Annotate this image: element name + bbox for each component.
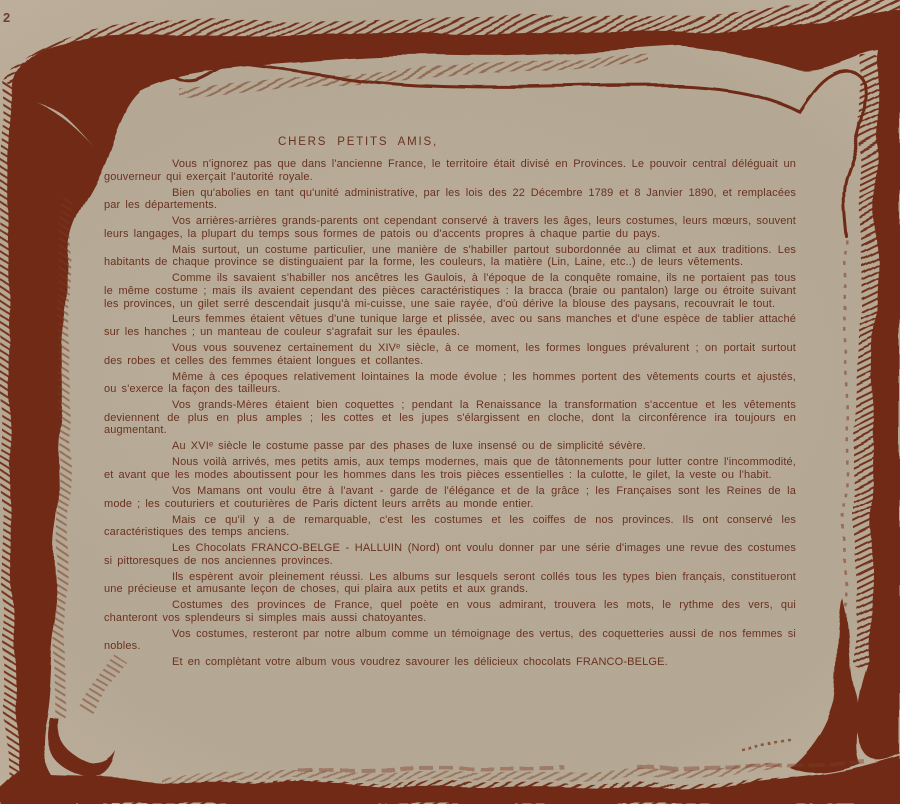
- page-number: 2: [3, 10, 10, 25]
- letter-paragraph: Même à ces époques relativement lointain…: [104, 371, 796, 396]
- letter-paragraph: Leurs femmes étaient vêtues d'une tuniqu…: [104, 313, 796, 338]
- letter-paragraph: Vous n'ignorez pas que dans l'ancienne F…: [104, 158, 796, 183]
- letter-paragraph: Les Chocolats FRANCO-BELGE - HALLUIN (No…: [104, 542, 796, 567]
- letter-paragraph: Ils espèrent avoir pleinement réussi. Le…: [104, 571, 796, 596]
- letter-paragraph: Bien qu'abolies en tant qu'unité adminis…: [104, 187, 796, 212]
- letter-paragraph: Mais surtout, un costume particulier, un…: [104, 244, 796, 269]
- letter-paragraph: Vos Mamans ont voulu être à l'avant - ga…: [104, 485, 796, 510]
- letter-paragraph: Vous vous souvenez certainement du XIVᵉ …: [104, 342, 796, 367]
- letter-paragraph: Comme ils savaient s'habiller nos ancêtr…: [104, 272, 796, 310]
- letter-paragraph: Vos arrières-arrières grands-parents ont…: [104, 215, 796, 240]
- album-page: 2 CHERS PETITS AMIS, Vous n'ignorez pas …: [0, 0, 900, 804]
- letter-paragraph: Mais ce qu'il y a de remarquable, c'est …: [104, 514, 796, 539]
- letter-paragraph: Vos costumes, resteront par notre album …: [104, 628, 796, 653]
- letter-paragraph: Au XVIᵉ siècle le costume passe par des …: [104, 440, 796, 453]
- letter-paragraph: Nous voilà arrivés, mes petits amis, aux…: [104, 456, 796, 481]
- letter-paragraph: Costumes des provinces de France, quel p…: [104, 599, 796, 624]
- letter-text: CHERS PETITS AMIS, Vous n'ignorez pas qu…: [104, 136, 796, 672]
- letter-paragraph: Vos grands-Mères étaient bien coquettes …: [104, 399, 796, 437]
- letter-paragraph: Et en complètant votre album vous voudre…: [104, 656, 796, 669]
- letter-salutation: CHERS PETITS AMIS,: [278, 136, 796, 148]
